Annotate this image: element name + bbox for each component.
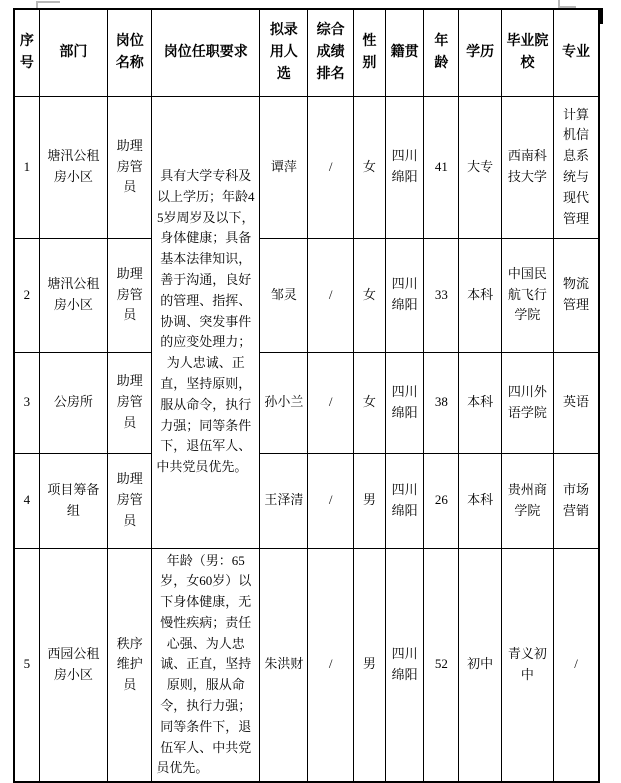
cell-score-rank: / [308, 96, 353, 238]
cell-school: 四川外语学院 [501, 352, 553, 453]
cell-education: 本科 [459, 238, 501, 352]
header-position: 岗位名称 [108, 9, 152, 96]
cell-major: 计算机信息系统与现代管理 [554, 96, 599, 238]
cell-score-rank: / [308, 238, 353, 352]
table-row: 2 塘汛公租房小区 助理房管员 邹灵 / 女 四川绵阳 33 本科 中国民航飞行… [14, 238, 599, 352]
cell-serial: 1 [14, 96, 39, 238]
cell-position: 助理房管员 [108, 453, 152, 548]
cell-gender: 男 [353, 453, 385, 548]
cell-school: 贵州商学院 [501, 453, 553, 548]
cell-serial: 5 [14, 548, 39, 782]
cell-department: 公房所 [39, 352, 107, 453]
header-department: 部门 [39, 9, 107, 96]
cell-age: 41 [424, 96, 459, 238]
cell-education: 本科 [459, 352, 501, 453]
header-candidate: 拟录用人选 [260, 9, 308, 96]
cell-department: 西园公租房小区 [39, 548, 107, 782]
cell-native-place: 四川绵阳 [386, 96, 424, 238]
cell-candidate: 谭萍 [260, 96, 308, 238]
table-row: 3 公房所 助理房管员 孙小兰 / 女 四川绵阳 38 本科 四川外语学院 英语 [14, 352, 599, 453]
cell-position: 秩序维护员 [108, 548, 152, 782]
cell-score-rank: / [308, 453, 353, 548]
cell-score-rank: / [308, 548, 353, 782]
header-score-rank: 综合成绩排名 [308, 9, 353, 96]
cell-candidate: 孙小兰 [260, 352, 308, 453]
table-row: 5 西园公租房小区 秩序维护员 年龄（男：65岁，女60岁）以下身体健康，无慢性… [14, 548, 599, 782]
header-row: 序号 部门 岗位名称 岗位任职要求 拟录用人选 综合成绩排名 性别 籍贯 年龄 … [14, 9, 599, 96]
header-education: 学历 [459, 9, 501, 96]
cell-education: 大专 [459, 96, 501, 238]
cell-education: 初中 [459, 548, 501, 782]
cell-age: 33 [424, 238, 459, 352]
table-row: 1 塘汛公租房小区 助理房管员 具有大学专科及以上学历；年龄45岁周岁及以下，身… [14, 96, 599, 238]
recruitment-table: 序号 部门 岗位名称 岗位任职要求 拟录用人选 综合成绩排名 性别 籍贯 年龄 … [13, 8, 600, 783]
cell-age: 52 [424, 548, 459, 782]
cell-position: 助理房管员 [108, 96, 152, 238]
cell-education: 本科 [459, 453, 501, 548]
cell-serial: 3 [14, 352, 39, 453]
cell-requirements-merged: 具有大学专科及以上学历；年龄45岁周岁及以下，身体健康；具备基本法律知识，善于沟… [152, 96, 260, 548]
table-row: 4 项目筹备组 助理房管员 王泽清 / 男 四川绵阳 26 本科 贵州商学院 市… [14, 453, 599, 548]
cell-age: 26 [424, 453, 459, 548]
cell-score-rank: / [308, 352, 353, 453]
crop-artifact-left-vertical [36, 1, 38, 8]
cell-major: 市场营销 [554, 453, 599, 548]
cell-major: 物流管理 [554, 238, 599, 352]
header-requirements: 岗位任职要求 [152, 9, 260, 96]
cell-position: 助理房管员 [108, 352, 152, 453]
cell-gender: 女 [353, 352, 385, 453]
cell-serial: 2 [14, 238, 39, 352]
cell-school: 中国民航飞行学院 [501, 238, 553, 352]
cell-gender: 女 [353, 238, 385, 352]
cell-gender: 男 [353, 548, 385, 782]
cell-native-place: 四川绵阳 [386, 352, 424, 453]
cell-major: 英语 [554, 352, 599, 453]
cell-candidate: 邹灵 [260, 238, 308, 352]
cell-gender: 女 [353, 96, 385, 238]
header-gender: 性别 [353, 9, 385, 96]
header-native-place: 籍贯 [386, 9, 424, 96]
cell-native-place: 四川绵阳 [386, 548, 424, 782]
cell-position: 助理房管员 [108, 238, 152, 352]
cell-candidate: 朱洪财 [260, 548, 308, 782]
crop-artifact-left-horizontal [36, 1, 60, 3]
cell-department: 塘汛公租房小区 [39, 238, 107, 352]
cell-school: 青义初中 [501, 548, 553, 782]
header-school: 毕业院校 [501, 9, 553, 96]
cell-native-place: 四川绵阳 [386, 453, 424, 548]
cell-candidate: 王泽清 [260, 453, 308, 548]
cell-department: 塘汛公租房小区 [39, 96, 107, 238]
cell-age: 38 [424, 352, 459, 453]
header-serial: 序号 [14, 9, 39, 96]
cell-major: / [554, 548, 599, 782]
header-major: 专业 [554, 9, 599, 96]
cell-native-place: 四川绵阳 [386, 238, 424, 352]
cell-serial: 4 [14, 453, 39, 548]
header-age: 年龄 [424, 9, 459, 96]
cell-school: 西南科技大学 [501, 96, 553, 238]
cell-department: 项目筹备组 [39, 453, 107, 548]
cell-requirements: 年龄（男：65岁，女60岁）以下身体健康，无慢性疾病；责任心强、为人忠诚、正直，… [152, 548, 260, 782]
